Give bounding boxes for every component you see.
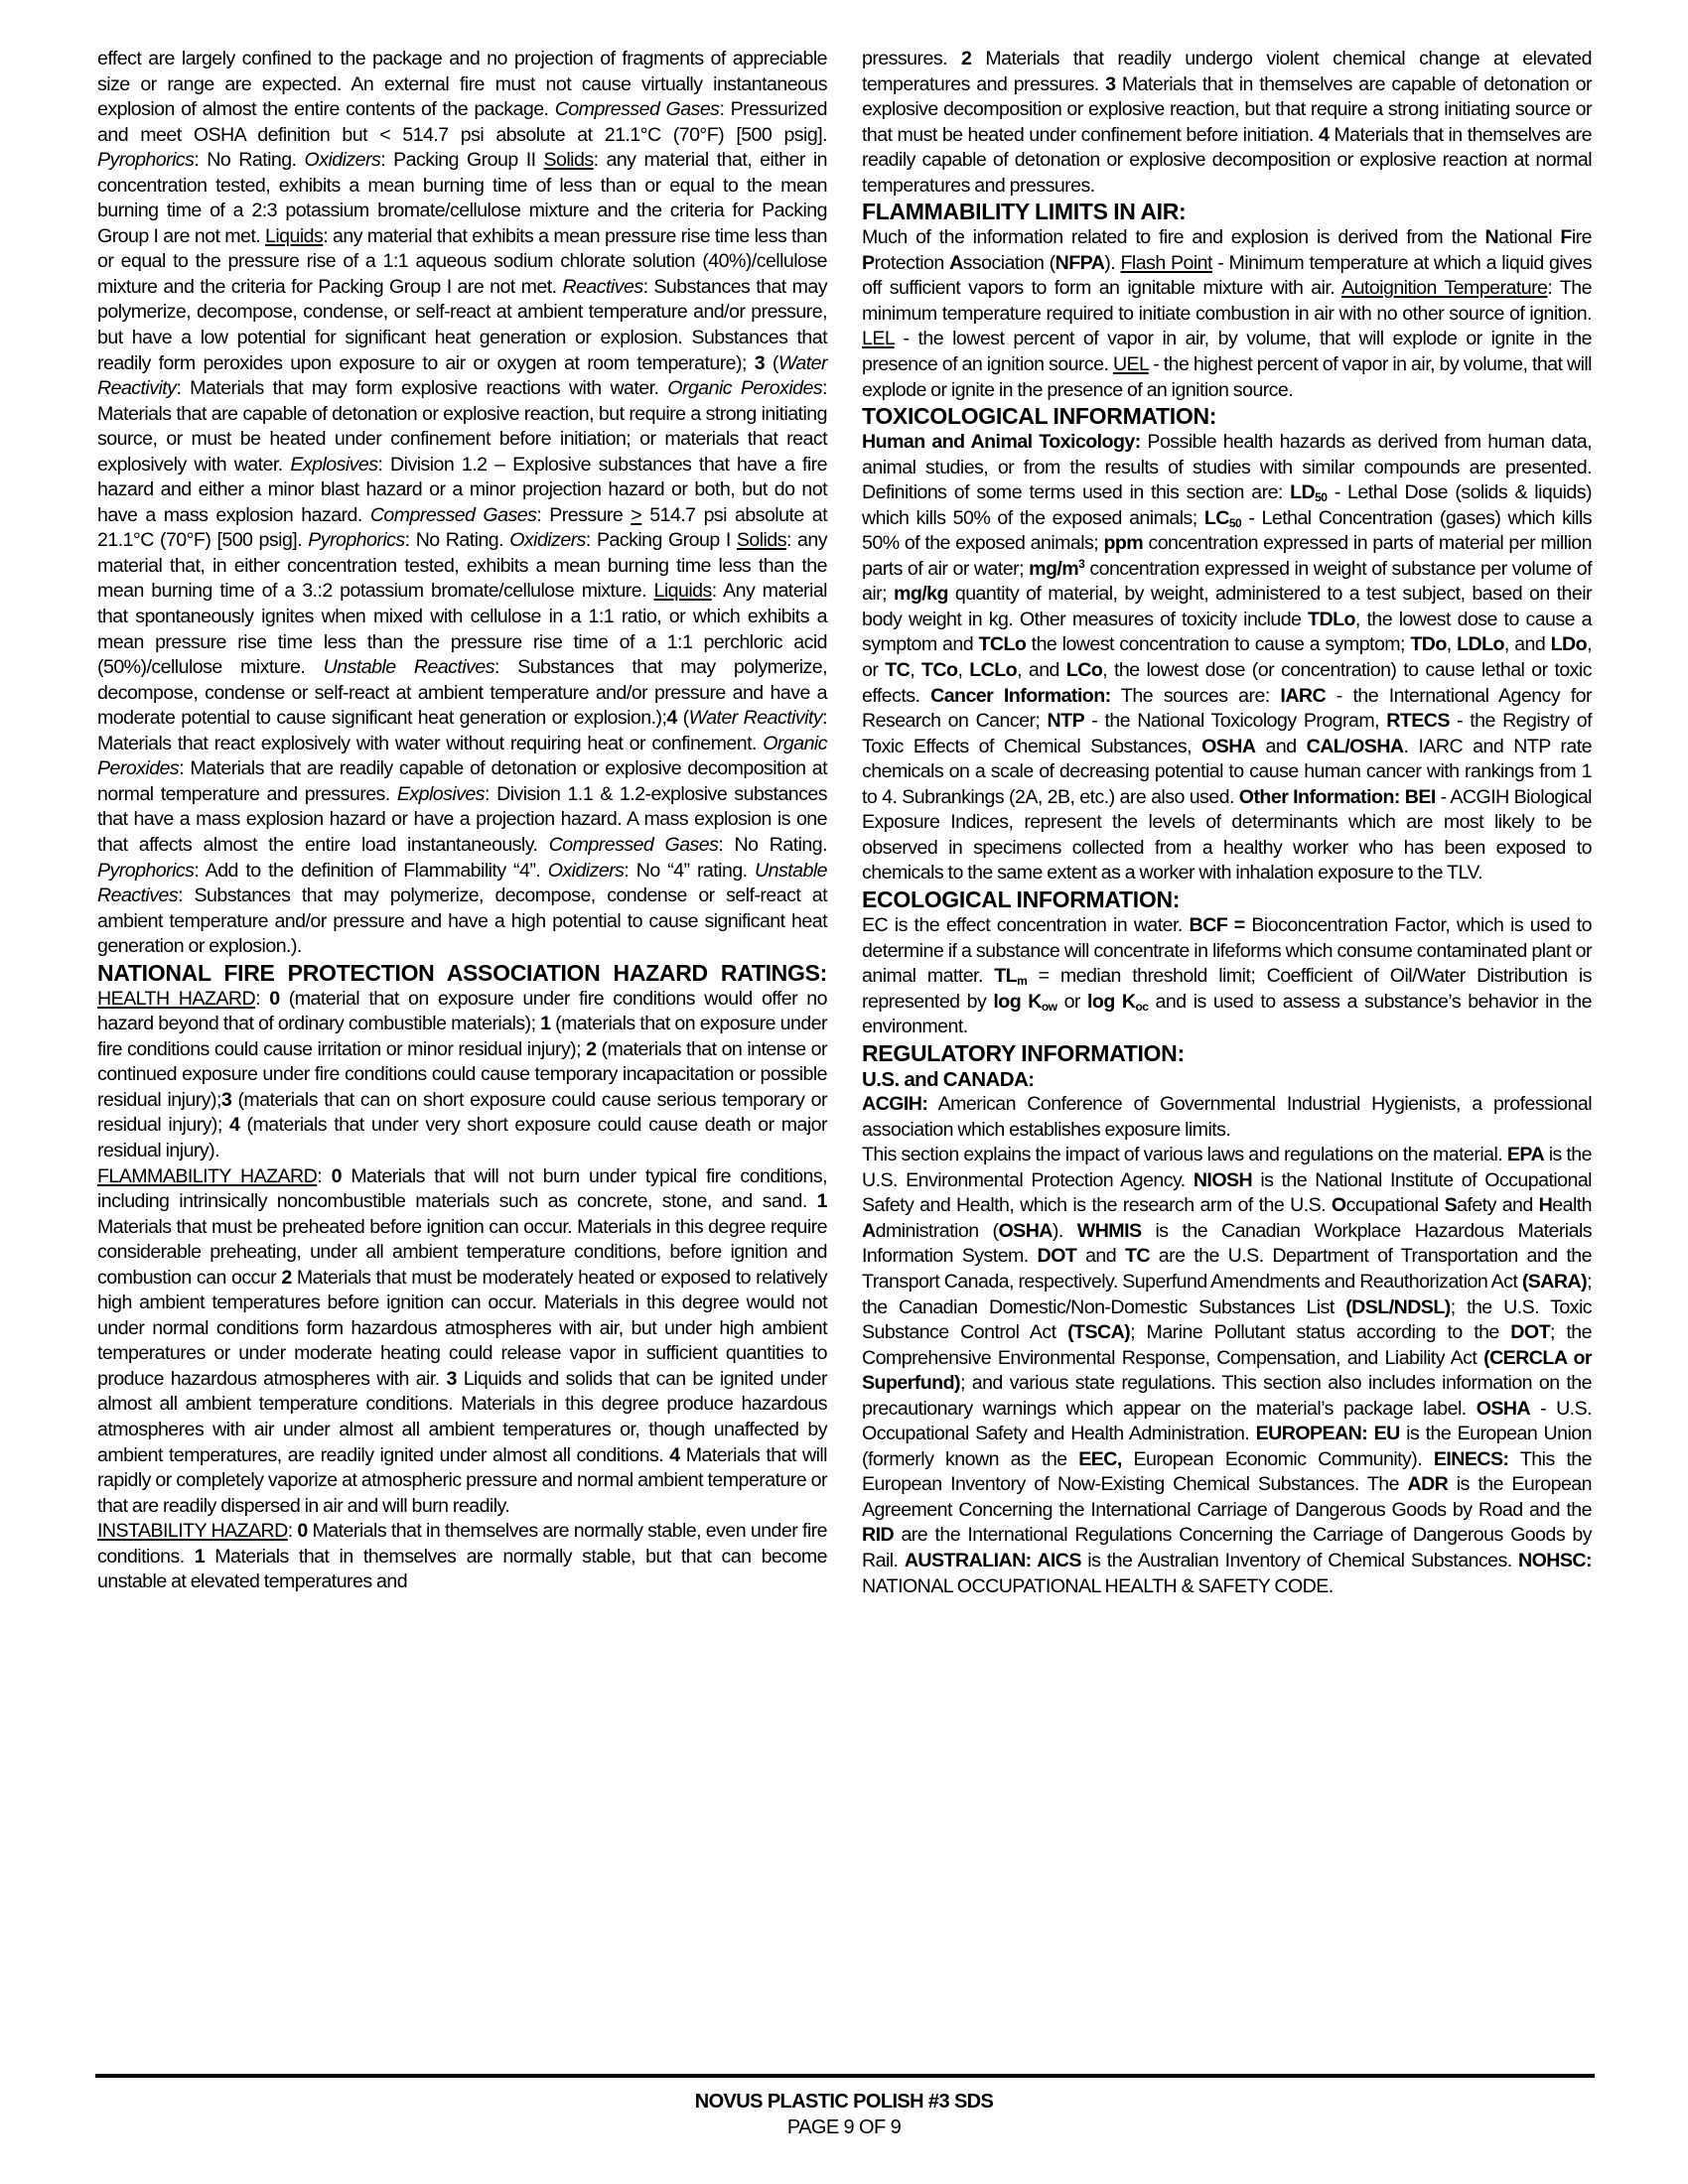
term-oxidizers: Oxidizers (305, 149, 381, 171)
term-flash-point: Flash Point (1121, 252, 1212, 274)
flammability-limits-paragraph: Much of the information related to fire … (862, 225, 1592, 403)
term-autoignition: Autoignition Temperature (1341, 277, 1547, 299)
instability-continued-paragraph: pressures. 2 Materials that readily unde… (862, 47, 1592, 199)
term-solids: Solids (544, 149, 594, 171)
rating-number: 4 (666, 707, 676, 729)
health-hazard-paragraph: HEALTH HAZARD: 0 (material that on expos… (97, 987, 827, 1164)
hazard-definitions-paragraph: effect are largely confined to the packa… (97, 47, 827, 960)
regulatory-paragraph: This section explains the impact of vari… (862, 1143, 1592, 1599)
ecological-paragraph: EC is the effect concentration in water.… (862, 913, 1592, 1040)
term-lel: LEL (862, 328, 895, 349)
left-column: effect are largely confined to the packa… (97, 47, 827, 1595)
right-column: pressures. 2 Materials that readily unde… (862, 47, 1592, 1599)
us-canada-subheading: U.S. and CANADA: (862, 1067, 1592, 1093)
ecological-heading: ECOLOGICAL INFORMATION: (862, 887, 1592, 913)
term-pyrophorics: Pyrophorics (97, 149, 194, 171)
flammability-hazard-label: FLAMMABILITY HAZARD (97, 1165, 317, 1187)
toxicological-heading: TOXICOLOGICAL INFORMATION: (862, 403, 1592, 430)
page-number: PAGE 9 OF 9 (0, 2116, 1688, 2139)
flammability-limits-heading: FLAMMABILITY LIMITS IN AIR: (862, 199, 1592, 225)
footer-rule (95, 2074, 1595, 2078)
nfpa-heading: NATIONAL FIRE PROTECTION ASSOCIATION HAZ… (97, 960, 827, 987)
instability-hazard-label: INSTABILITY HAZARD (97, 1520, 288, 1542)
acgih-paragraph: ACGIH: American Conference of Government… (862, 1092, 1592, 1143)
toxicological-paragraph: Human and Animal Toxicology: Possible he… (862, 430, 1592, 887)
regulatory-heading: REGULATORY INFORMATION: (862, 1040, 1592, 1067)
instability-hazard-paragraph: INSTABILITY HAZARD: 0 Materials that in … (97, 1519, 827, 1595)
term-reactives: Reactives (562, 276, 642, 298)
term-uel: UEL (1113, 353, 1149, 375)
rating-number: 3 (755, 352, 765, 374)
term-compressed-gases: Compressed Gases (555, 98, 720, 120)
flammability-hazard-paragraph: FLAMMABILITY HAZARD: 0 Materials that wi… (97, 1164, 827, 1520)
health-hazard-label: HEALTH HAZARD (97, 988, 255, 1010)
document-title: NOVUS PLASTIC POLISH #3 SDS (0, 2091, 1688, 2114)
term-liquids: Liquids (265, 225, 323, 247)
